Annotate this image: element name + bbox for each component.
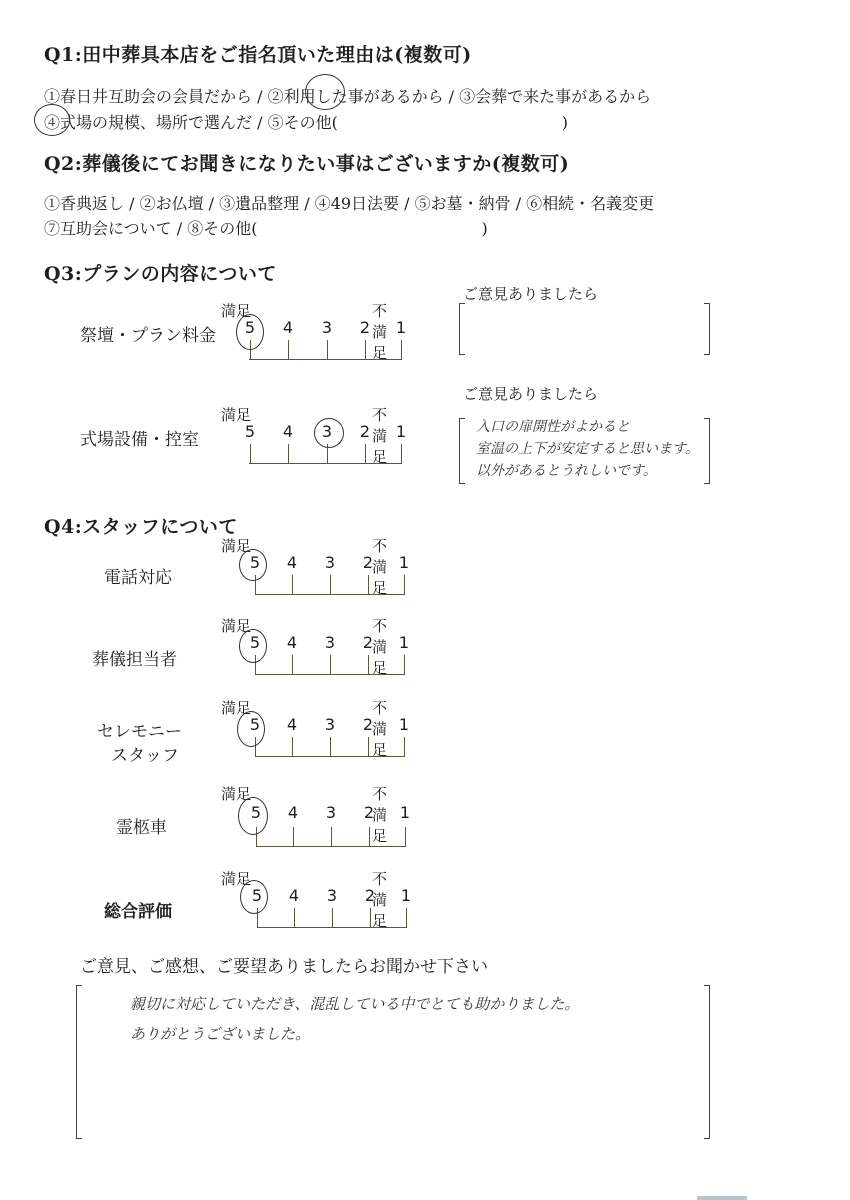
tick <box>401 444 402 464</box>
rating-scale-funeral-coordinator[interactable]: 満足 不満足 5 4 3 2 1 <box>222 615 392 685</box>
comment-bracket-left <box>459 303 465 355</box>
tick <box>288 444 289 464</box>
unsatisfied-label: 不満足 <box>372 615 392 678</box>
q2-options-line1: ①香典返し / ②お仏壇 / ③遺品整理 / ④49日法要 / ⑤お墓・納骨 /… <box>44 191 654 214</box>
rating-1[interactable]: 1 <box>394 422 408 441</box>
tick <box>404 655 405 675</box>
q3-item1-comment-label: ご意見ありましたら <box>463 283 598 304</box>
q1-options-line2: ④式場の規模、場所で選んだ / ⑤その他( ) <box>44 110 568 133</box>
rating-scale-venue-waiting-room[interactable]: 満足 不満足 5 4 3 2 1 <box>222 404 392 474</box>
selected-rating-circle-mark <box>240 880 268 914</box>
selected-rating-circle-mark <box>238 797 268 835</box>
tick <box>330 575 331 595</box>
scale-baseline <box>255 756 405 757</box>
handwritten-feedback-line: 親切に対応していただき、混乱している中でとても助かりました。 <box>130 993 579 1014</box>
rating-1[interactable]: 1 <box>398 803 412 822</box>
q3-item1-comment-field[interactable] <box>466 303 702 353</box>
q2-title: Q2:葬儀後にてお聞きになりたい事はございますか(複数可) <box>44 149 569 176</box>
rating-2[interactable]: 2 <box>361 633 375 652</box>
scale-baseline <box>257 927 407 928</box>
rating-1[interactable]: 1 <box>397 553 411 572</box>
tick <box>250 444 251 464</box>
tick <box>368 655 369 675</box>
tick <box>288 340 289 360</box>
tick <box>330 655 331 675</box>
rating-2[interactable]: 2 <box>358 318 372 337</box>
tick <box>293 827 294 847</box>
rating-1[interactable]: 1 <box>397 715 411 734</box>
tick <box>365 444 366 464</box>
rating-4[interactable]: 4 <box>285 553 299 572</box>
tick <box>368 575 369 595</box>
tick <box>330 737 331 757</box>
scale-baseline <box>249 463 401 464</box>
tick <box>405 827 406 847</box>
comment-bracket-right <box>704 303 710 355</box>
tick <box>331 827 332 847</box>
rating-2[interactable]: 2 <box>363 886 377 905</box>
q4-item-funeral-coordinator-label: 葬儀担当者 <box>92 645 177 670</box>
q4-item-overall-rating-label: 総合評価 <box>104 897 172 922</box>
unsatisfied-label: 不満足 <box>372 300 392 363</box>
rating-4[interactable]: 4 <box>281 318 295 337</box>
rating-scale-ceremony-staff[interactable]: 満足 不満足 5 4 3 2 1 <box>222 697 392 767</box>
tick <box>404 737 405 757</box>
tick <box>370 908 371 928</box>
rating-scale-phone-response[interactable]: 満足 不満足 5 4 3 2 1 <box>222 535 392 605</box>
feedback-textarea[interactable]: 親切に対応していただき、混乱している中でとても助かりました。 ありがとうございま… <box>84 985 702 1137</box>
rating-3[interactable]: 3 <box>325 886 339 905</box>
unsatisfied-label: 不満足 <box>372 535 392 598</box>
q3-item-altar-plan-price-label: 祭壇・プラン料金 <box>80 321 216 346</box>
tick <box>327 340 328 360</box>
feedback-bracket-right <box>704 985 710 1139</box>
tick <box>292 655 293 675</box>
rating-2[interactable]: 2 <box>361 553 375 572</box>
q4-item-ceremony-staff-label-line1: セレモニー <box>97 717 182 742</box>
rating-scale-hearse[interactable]: 満足 不満足 5 4 3 2 1 <box>222 783 392 853</box>
rating-3[interactable]: 3 <box>323 553 337 572</box>
rating-1[interactable]: 1 <box>397 633 411 652</box>
q3-item2-comment-label: ご意見ありましたら <box>463 383 598 404</box>
rating-4[interactable]: 4 <box>285 715 299 734</box>
rating-4[interactable]: 4 <box>281 422 295 441</box>
rating-3[interactable]: 3 <box>324 803 338 822</box>
tick <box>404 575 405 595</box>
q4-item-phone-response-label: 電話対応 <box>104 563 172 588</box>
unsatisfied-label: 不満足 <box>372 697 392 760</box>
q3-item2-comment-field[interactable]: 入口の扉開性がよかると 室温の上下が安定すると思います。 以外があるとうれしいで… <box>468 416 738 484</box>
rating-4[interactable]: 4 <box>285 633 299 652</box>
feedback-bracket-left <box>76 985 82 1139</box>
handwritten-comment-line: 室温の上下が安定すると思います。 <box>476 438 699 458</box>
selected-rating-circle-mark <box>314 418 344 448</box>
rating-1[interactable]: 1 <box>399 886 413 905</box>
rating-3[interactable]: 3 <box>320 318 334 337</box>
q1-option4-circle-mark[interactable] <box>34 104 70 136</box>
rating-4[interactable]: 4 <box>287 886 301 905</box>
rating-scale-altar-plan-price[interactable]: 満足 不満足 5 4 3 2 1 <box>222 300 392 370</box>
scale-baseline <box>255 594 405 595</box>
q4-item-ceremony-staff-label-line2: スタッフ <box>111 741 179 766</box>
handwritten-comment-line: 以外があるとうれしいです。 <box>476 460 657 480</box>
selected-rating-circle-mark <box>239 549 267 581</box>
q1-title: Q1:田中葬具本店をご指名頂いた理由は(複数可) <box>44 40 472 67</box>
scale-baseline <box>249 359 401 360</box>
rating-3[interactable]: 3 <box>323 715 337 734</box>
handwritten-comment-line: 入口の扉開性がよかると <box>476 416 630 436</box>
q3-title: Q3:プランの内容について <box>44 259 277 286</box>
page-edge-mark <box>697 1196 747 1200</box>
comment-bracket-left <box>459 418 465 484</box>
feedback-prompt: ご意見、ご感想、ご要望ありましたらお聞かせ下さい <box>80 952 488 977</box>
tick <box>369 827 370 847</box>
rating-3[interactable]: 3 <box>323 633 337 652</box>
q3-item-venue-waiting-room-label: 式場設備・控室 <box>80 425 199 450</box>
tick <box>406 908 407 928</box>
tick <box>292 737 293 757</box>
selected-rating-circle-mark <box>237 711 265 747</box>
selected-rating-circle-mark <box>236 314 264 350</box>
rating-scale-overall[interactable]: 満足 不満足 5 4 3 2 1 <box>222 868 392 938</box>
tick <box>332 908 333 928</box>
rating-4[interactable]: 4 <box>286 803 300 822</box>
handwritten-feedback-line: ありがとうございました。 <box>130 1023 310 1044</box>
tick <box>365 340 366 360</box>
selected-rating-circle-mark <box>239 629 267 663</box>
scale-baseline <box>256 846 406 847</box>
unsatisfied-label: 不満足 <box>372 404 392 467</box>
tick <box>294 908 295 928</box>
q1-options-line1: ①春日井互助会の会員だから / ②利用した事があるから / ③会葬で来た事がある… <box>44 84 651 107</box>
tick <box>368 737 369 757</box>
rating-2[interactable]: 2 <box>361 715 375 734</box>
q2-options-line2: ⑦互助会について / ⑧その他( ) <box>44 216 488 239</box>
q1-option2-circle-mark[interactable] <box>305 74 345 110</box>
rating-2[interactable]: 2 <box>362 803 376 822</box>
q4-title: Q4:スタッフについて <box>44 512 238 539</box>
rating-1[interactable]: 1 <box>394 318 408 337</box>
scale-baseline <box>255 674 405 675</box>
q4-item-hearse-label: 霊柩車 <box>116 813 167 838</box>
tick <box>292 575 293 595</box>
tick <box>401 340 402 360</box>
rating-5[interactable]: 5 <box>243 422 257 441</box>
rating-2[interactable]: 2 <box>358 422 372 441</box>
